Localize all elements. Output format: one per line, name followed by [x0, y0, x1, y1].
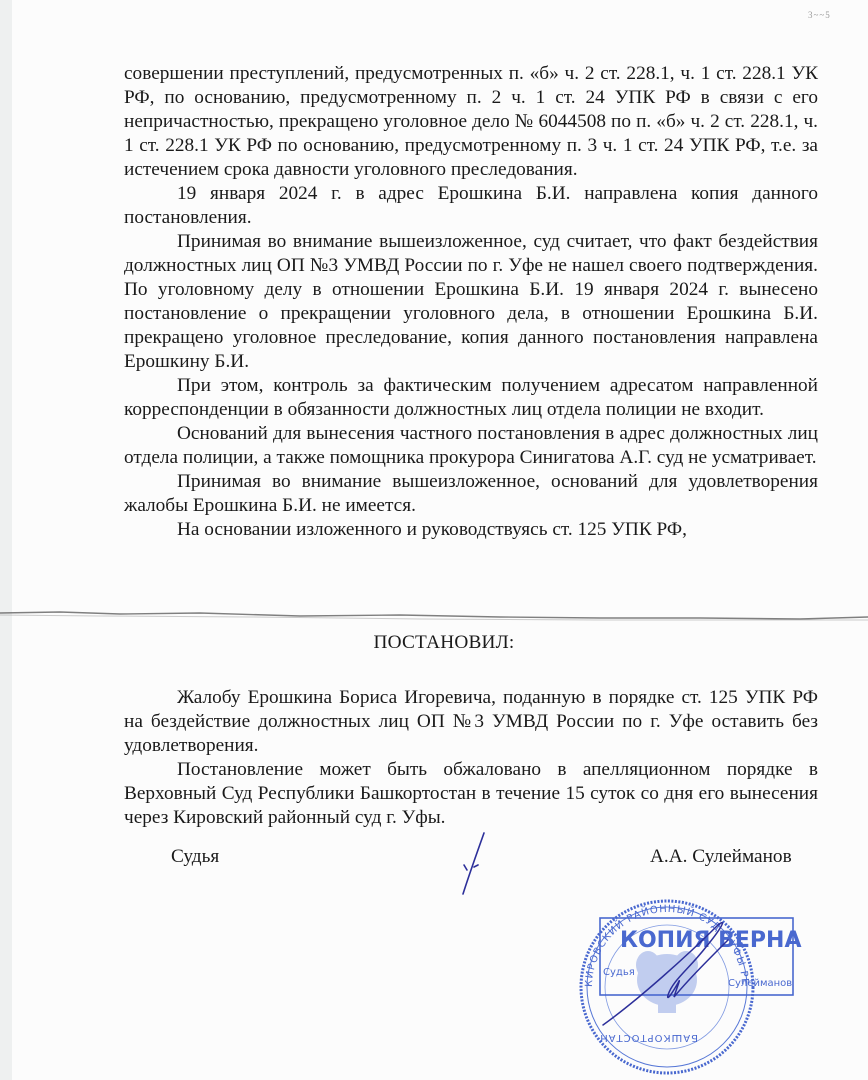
paragraph: Принимая во внимание вышеизложенное, осн… — [124, 470, 818, 518]
page-corner-mark: 3~~5 — [808, 10, 831, 20]
paragraph: На основании изложенного и руководствуяс… — [124, 518, 818, 542]
paragraph: Постановление может быть обжаловано в ап… — [124, 758, 818, 830]
scan-left-margin — [0, 0, 12, 1080]
court-seal-stamp: КИРОВСКИЙ РАЙОННЫЙ СУД Г.УФЫ РЕСПУБЛИКИ … — [578, 895, 808, 1080]
stamp-box-role: Судья — [603, 967, 635, 978]
body-text-top: совершении преступлений, предусмотренных… — [124, 62, 818, 542]
emblem-icon — [636, 951, 698, 1013]
paragraph: совершении преступлений, предусмотренных… — [124, 62, 818, 182]
paper-fold-line — [0, 608, 868, 622]
paragraph: Оснований для вынесения частного постано… — [124, 422, 818, 470]
stamp-ring-text-bottom: БАШКОРТОСТАН — [599, 1032, 698, 1043]
stamp-box-name: Сулейманов — [728, 978, 792, 989]
judge-signature — [450, 830, 510, 900]
judge-name: А.А. Сулейманов — [650, 846, 792, 868]
paragraph: Жалобу Ерошкина Бориса Игоревича, поданн… — [124, 686, 818, 758]
ruling-heading: ПОСТАНОВИЛ: — [0, 632, 868, 654]
paragraph: При этом, контроль за фактическим получе… — [124, 374, 818, 422]
judge-label: Судья — [171, 846, 219, 868]
body-text-ruling: Жалобу Ерошкина Бориса Игоревича, поданн… — [124, 686, 818, 830]
paragraph: 19 января 2024 г. в адрес Ерошкина Б.И. … — [124, 182, 818, 230]
svg-text:БАШКОРТОСТАН: БАШКОРТОСТАН — [599, 1032, 698, 1043]
paragraph: Принимая во внимание вышеизложенное, суд… — [124, 230, 818, 374]
